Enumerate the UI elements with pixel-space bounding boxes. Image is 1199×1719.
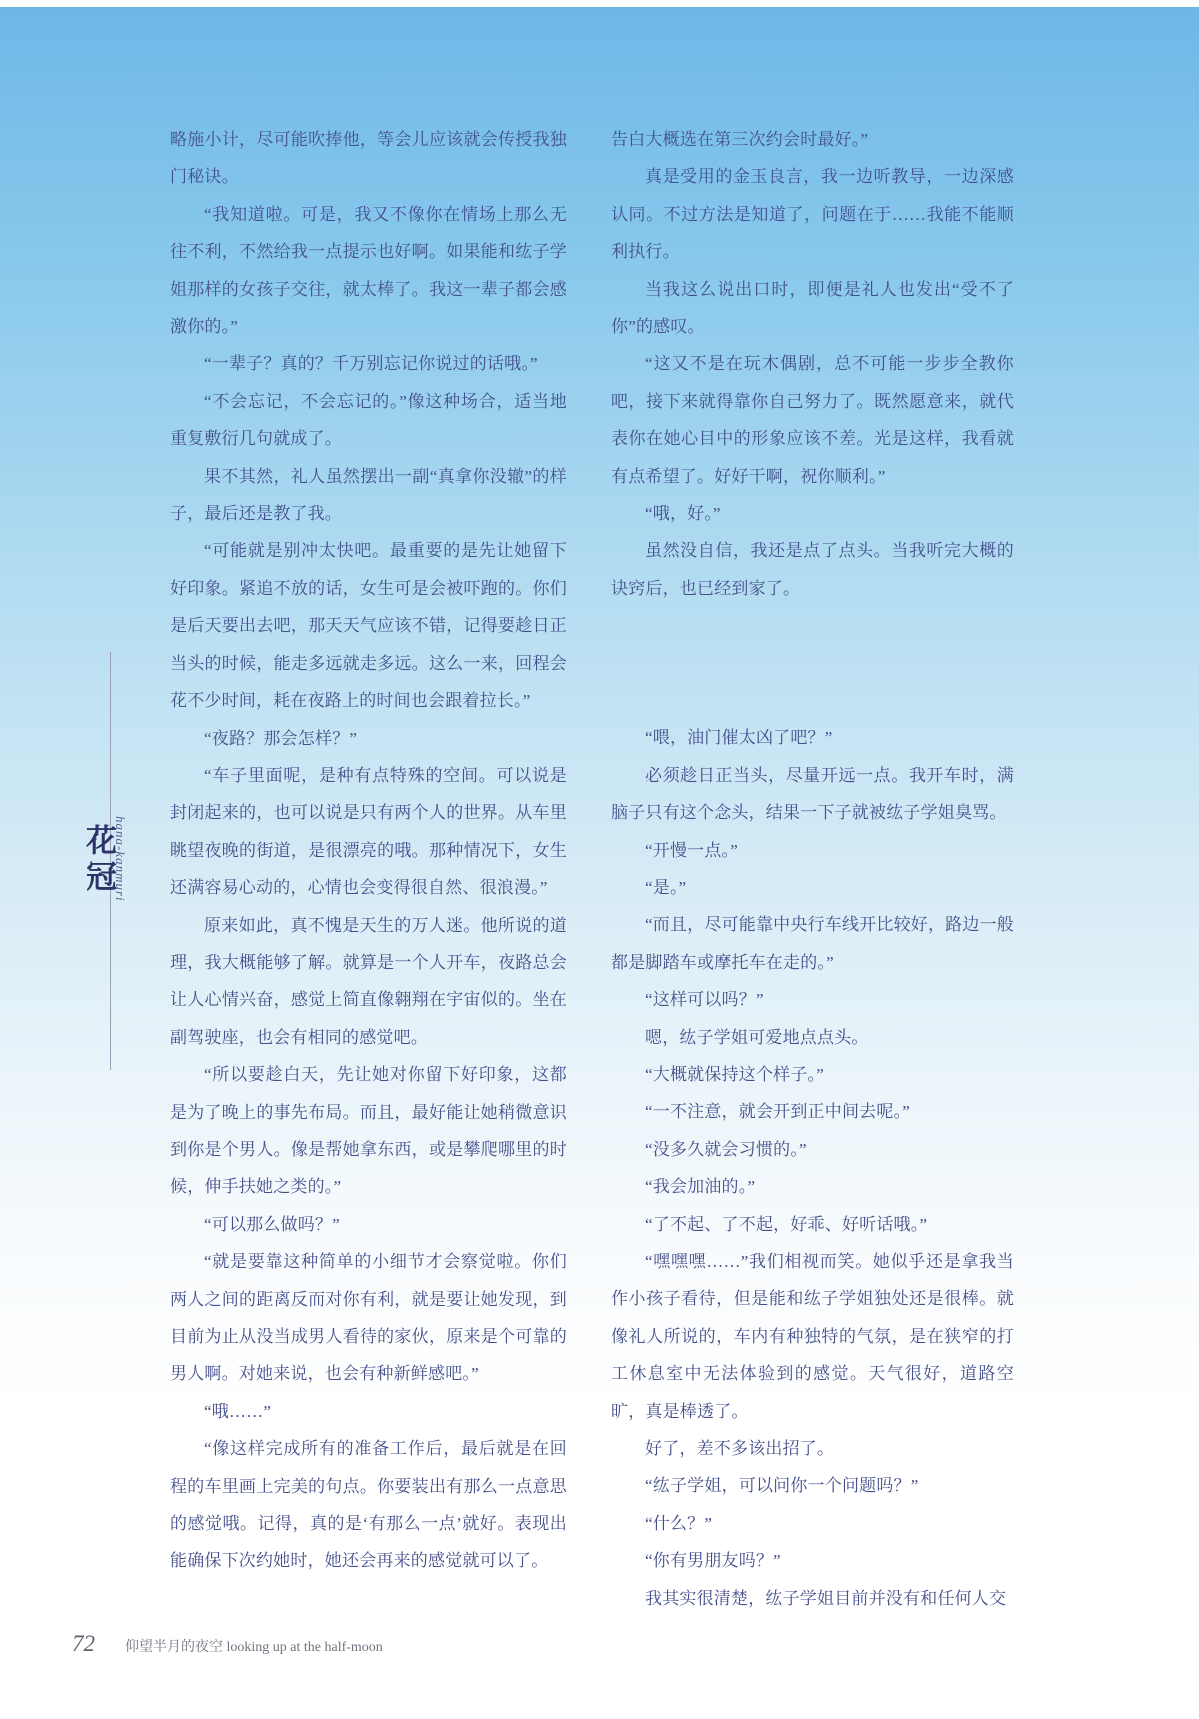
text-column-left: 略施小计，尽可能吹捧他，等会儿应该就会传授我独门秘诀。“我知道啦。可是，我又不像… (170, 121, 567, 1580)
paragraph: “一辈子？真的？千万别忘记你说过的话哦。” (170, 345, 567, 382)
paragraph: “就是要靠这种简单的小细节才会察觉啦。你们两人之间的距离反而对你有利，就是要让她… (170, 1243, 567, 1393)
page-footer: 72仰望半月的夜空 looking up at the half-moon (72, 1631, 383, 1657)
paragraph: 告白大概选在第三次约会时最好。” (611, 121, 1014, 158)
paragraph: “哦……” (170, 1393, 567, 1430)
chapter-title: 花冠 (76, 824, 121, 896)
scene-break (611, 607, 1014, 719)
paragraph: “不会忘记，不会忘记的。”像这种场合，适当地重复敷衍几句就成了。 (170, 383, 567, 458)
paragraph: “是。” (611, 869, 1014, 906)
paragraph: 虽然没自信，我还是点了点头。当我听完大概的诀窍后，也已经到家了。 (611, 532, 1014, 607)
paragraph: 当我这么说出口时，即便是礼人也发出“受不了你”的感叹。 (611, 271, 1014, 346)
paragraph: 好了，差不多该出招了。 (611, 1430, 1014, 1467)
paragraph: “嘿嘿嘿……”我们相视而笑。她似乎还是拿我当作小孩子看待，但是能和纮子学姐独处还… (611, 1243, 1014, 1430)
paragraph: “可以那么做吗？” (170, 1206, 567, 1243)
paragraph: 果不其然，礼人虽然摆出一副“真拿你没辙”的样子，最后还是教了我。 (170, 458, 567, 533)
paragraph: 必须趁日正当头，尽量开远一点。我开车时，满脑子只有这个念头，结果一下子就被纮子学… (611, 757, 1014, 832)
paragraph: “夜路？那会怎样？” (170, 720, 567, 757)
paragraph: “车子里面呢，是种有点特殊的空间。可以说是封闭起来的，也可以说是只有两个人的世界… (170, 757, 567, 907)
paragraph: “像这样完成所有的准备工作后，最后就是在回程的车里画上完美的句点。你要装出有那么… (170, 1430, 567, 1580)
paragraph: “没多久就会习惯的。” (611, 1131, 1014, 1168)
paragraph: 略施小计，尽可能吹捧他，等会儿应该就会传授我独门秘诀。 (170, 121, 567, 196)
paragraph: “你有男朋友吗？” (611, 1542, 1014, 1579)
page-top-edge (0, 0, 1199, 7)
paragraph: 原来如此，真不愧是天生的万人迷。他所说的道理，我大概能够了解。就算是一个人开车，… (170, 907, 567, 1057)
page-number: 72 (72, 1631, 95, 1656)
book-page: 略施小计，尽可能吹捧他，等会儿应该就会传授我独门秘诀。“我知道啦。可是，我又不像… (0, 0, 1199, 1719)
paragraph: “这样可以吗？” (611, 981, 1014, 1018)
paragraph: “所以要趁白天，先让她对你留下好印象，这都是为了晚上的事先布局。而且，最好能让她… (170, 1056, 567, 1206)
paragraph: “这又不是在玩木偶剧，总不可能一步步全教你吧，接下来就得靠你自己努力了。既然愿意… (611, 345, 1014, 495)
text-column-right: 告白大概选在第三次约会时最好。”真是受用的金玉良言，我一边听教导，一边深感认同。… (611, 121, 1014, 1617)
paragraph: 嗯，纮子学姐可爱地点点头。 (611, 1019, 1014, 1056)
paragraph: “哦，好。” (611, 495, 1014, 532)
paragraph: “我会加油的。” (611, 1168, 1014, 1205)
paragraph: “了不起、了不起，好乖、好听话哦。” (611, 1206, 1014, 1243)
paragraph: “可能就是别冲太快吧。最重要的是先让她留下好印象。紧追不放的话，女生可是会被吓跑… (170, 532, 567, 719)
paragraph: “纮子学姐，可以问你一个问题吗？” (611, 1467, 1014, 1504)
paragraph: 真是受用的金玉良言，我一边听教导，一边深感认同。不过方法是知道了，问题在于……我… (611, 158, 1014, 270)
paragraph: “大概就保持这个样子。” (611, 1056, 1014, 1093)
paragraph: 我其实很清楚，纮子学姐目前并没有和任何人交 (611, 1580, 1014, 1617)
book-title: 仰望半月的夜空 looking up at the half-moon (125, 1640, 383, 1655)
paragraph: “什么？” (611, 1505, 1014, 1542)
paragraph: “一不注意，就会开到正中间去呢。” (611, 1093, 1014, 1130)
paragraph: “喂，油门催太凶了吧？” (611, 719, 1014, 756)
paragraph: “我知道啦。可是，我又不像你在情场上那么无往不利，不然给我一点提示也好啊。如果能… (170, 196, 567, 346)
paragraph: “开慢一点。” (611, 832, 1014, 869)
paragraph: “而且，尽可能靠中央行车线开比较好，路边一般都是脚踏车或摩托车在走的。” (611, 906, 1014, 981)
